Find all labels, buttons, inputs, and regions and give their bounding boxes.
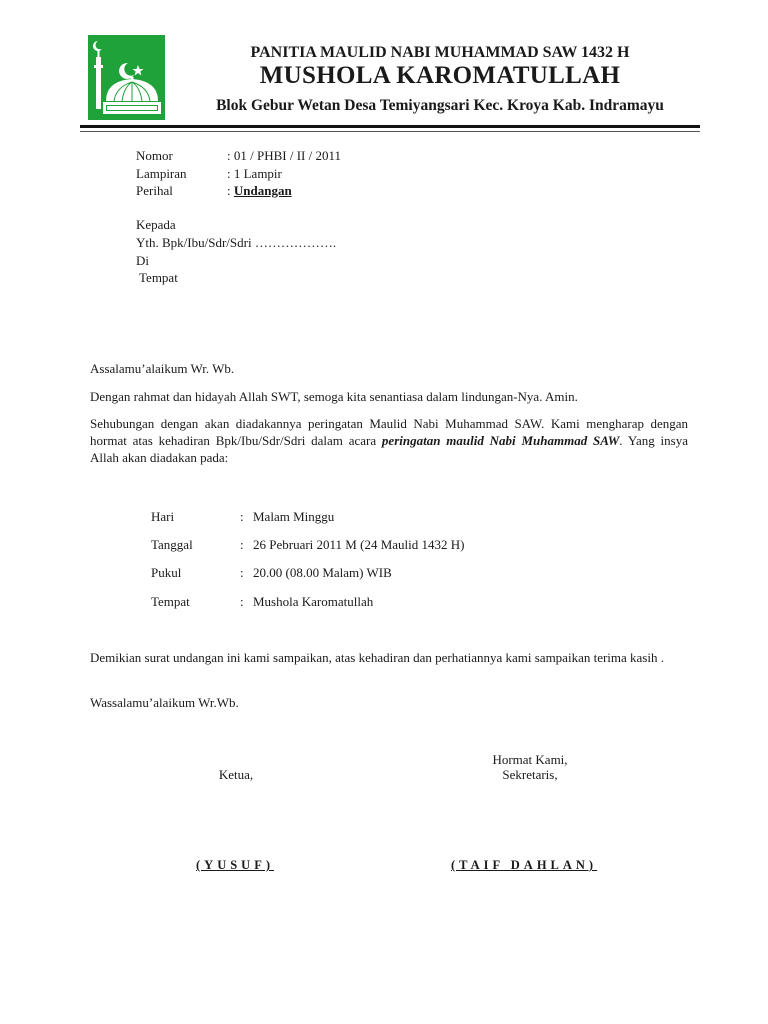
organization-name: MUSHOLA KAROMATULLAH [180, 62, 700, 90]
secretary-title: Sekretaris, [450, 766, 610, 783]
letterhead-rule-thin [80, 131, 700, 132]
meta-separator: : [227, 183, 234, 198]
event-name-emphasis: peringatan maulid Nabi Muhammad SAW [382, 433, 619, 448]
event-value-tanggal: 26 Pebruari 2011 M (24 Maulid 1432 H) [253, 536, 464, 553]
event-value-pukul: 20.00 (08.00 Malam) WIB [253, 564, 392, 581]
mosque-logo-icon [88, 35, 165, 120]
meta-label-nomor: Nomor [136, 147, 173, 164]
event-label-hari: Hari [151, 508, 174, 525]
organization-address: Blok Gebur Wetan Desa Temiyangsari Kec. … [180, 97, 700, 115]
event-sep: : [240, 508, 244, 525]
recipient-yth: Yth. Bpk/Ibu/Sdr/Sdri ………………. [136, 234, 336, 251]
event-label-tempat: Tempat [151, 593, 190, 610]
event-label-tanggal: Tanggal [151, 536, 193, 553]
meta-label-lampiran: Lampiran [136, 165, 187, 182]
event-label-pukul: Pukul [151, 564, 181, 581]
meta-value-perihal: : Undangan [227, 182, 292, 199]
committee-title: PANITIA MAULID NABI MUHAMMAD SAW 1432 H [180, 44, 700, 62]
secretary-name: (TAIF DAHLAN) [451, 857, 597, 874]
meta-value-nomor: : 01 / PHBI / II / 2011 [227, 147, 341, 164]
event-sep: : [240, 564, 244, 581]
greeting: Assalamu’alaikum Wr. Wb. [90, 360, 234, 377]
event-sep: : [240, 593, 244, 610]
farewell: Wassalamu’alaikum Wr.Wb. [90, 694, 239, 711]
recipient-di: Di [136, 252, 149, 269]
paragraph-opening: Dengan rahmat dan hidayah Allah SWT, sem… [90, 388, 578, 405]
meta-label-perihal: Perihal [136, 182, 173, 199]
subject-text: Undangan [234, 183, 292, 198]
chairman-title: Ketua, [196, 766, 276, 783]
event-sep: : [240, 536, 244, 553]
meta-value-lampiran: : 1 Lampir [227, 165, 282, 182]
paragraph-closing: Demikian surat undangan ini kami sampaik… [90, 649, 688, 666]
event-value-hari: Malam Minggu [253, 508, 334, 525]
recipient-kepada: Kepada [136, 216, 176, 233]
chairman-name: (YUSUF) [196, 857, 274, 874]
paragraph-invitation: Sehubungan dengan akan diadakannya perin… [90, 415, 688, 466]
recipient-tempat: Tempat [136, 269, 178, 286]
letterhead-rule-thick [80, 125, 700, 128]
event-value-tempat: Mushola Karomatullah [253, 593, 373, 610]
